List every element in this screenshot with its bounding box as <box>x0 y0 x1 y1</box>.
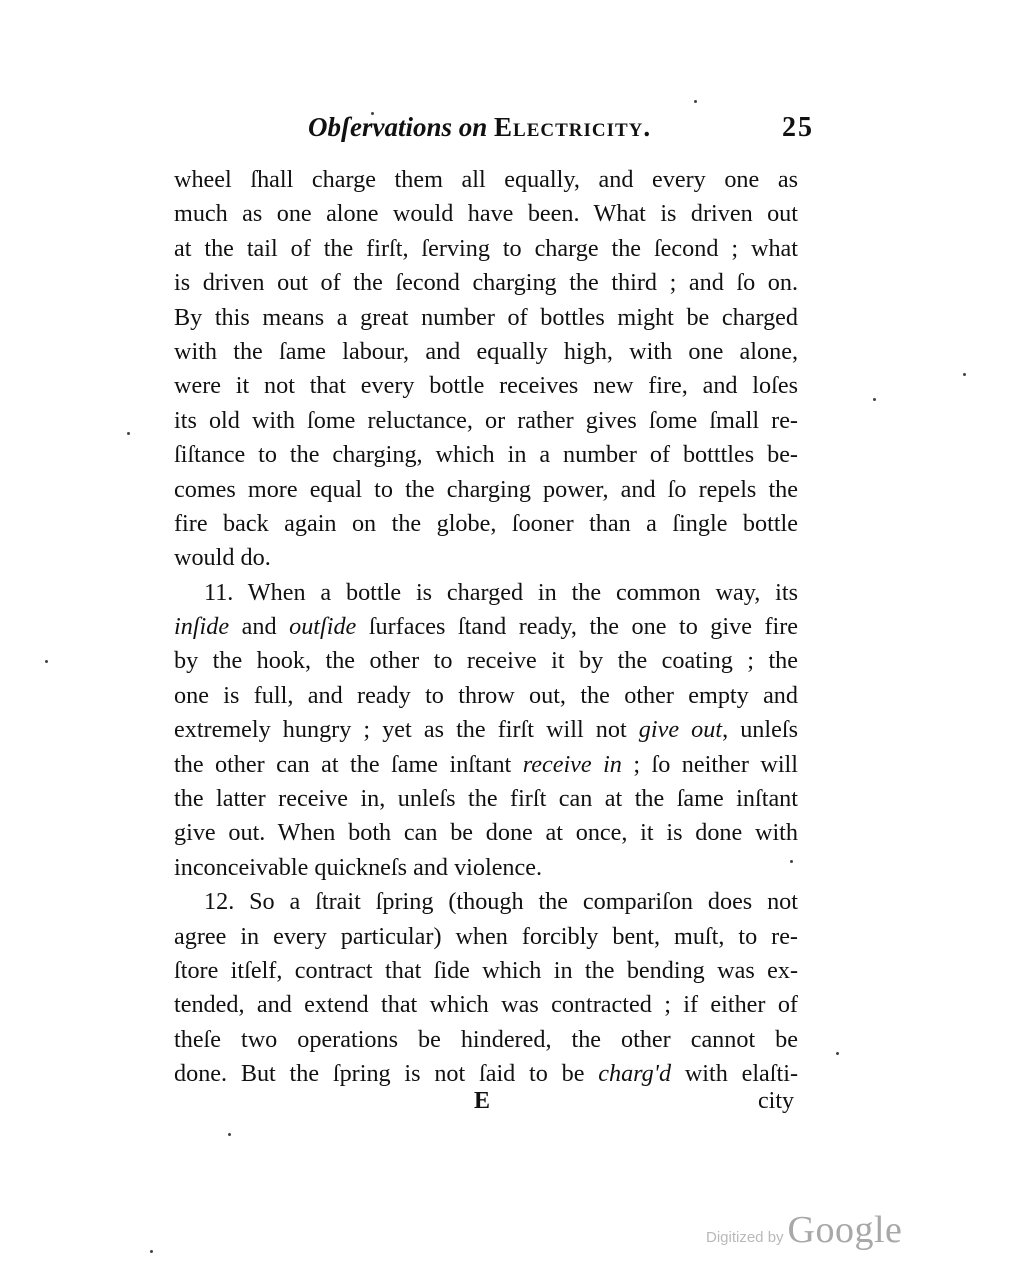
paragraph-11-line: by the hook, the other to receive it by … <box>174 644 798 678</box>
paragraph-12-line: ſtore itſelf, contract that ſide which i… <box>174 954 798 988</box>
paragraph-11-line: 11. When a bottle is charged in the comm… <box>174 576 798 610</box>
scan-speck <box>694 100 697 103</box>
scan-speck <box>963 373 966 376</box>
scan-speck <box>228 1133 231 1136</box>
scan-speck <box>150 1250 153 1253</box>
text-span: and <box>242 613 277 640</box>
paragraph-12-line: 12. So a ſtrait ſpring (though the compa… <box>174 885 798 919</box>
text-line: with the ſame labour, and equally high, … <box>174 335 798 369</box>
text-line: its old with ſome reluctance, or rather … <box>174 404 798 438</box>
digitized-watermark: Digitized by Google <box>706 1208 902 1258</box>
text-span: the other can at the ſame inſtant <box>174 751 511 778</box>
paragraph-11-line: inconceivable quickneſs and violence. <box>174 851 798 885</box>
paragraph-12-line: done. But the ſpring is not ſaid to be c… <box>174 1057 798 1091</box>
body-text: wheel ſhall charge them all equally, and… <box>174 163 798 1092</box>
scan-speck <box>127 432 130 435</box>
text-line: fire back again on the globe, ſooner tha… <box>174 507 798 541</box>
text-span: ſurfaces ſtand ready, the one to give fi… <box>369 613 798 640</box>
text-line: ſiſtance to the charging, which in a num… <box>174 438 798 472</box>
book-page: Obſervations on Electricity. 25 wheel ſh… <box>0 0 1014 1282</box>
paragraph-11-line: the other can at the ſame inſtant receiv… <box>174 748 798 782</box>
text-line: By this means a great number of bottles … <box>174 301 798 335</box>
running-head: Obſervations on Electricity. 25 <box>308 112 818 152</box>
running-title-caps: Electricity. <box>494 112 651 142</box>
text-span: When a bottle is charged in the common w… <box>248 579 798 606</box>
text-span: , unleſs <box>722 716 798 743</box>
scan-speck <box>873 398 876 401</box>
paragraph-number: 11. <box>204 579 233 606</box>
paragraph-11-line: one is full, and ready to throw out, the… <box>174 679 798 713</box>
italic-term: outſide <box>289 613 356 640</box>
scan-speck <box>371 112 374 115</box>
paragraph-11-line: give out. When both can be done at once,… <box>174 816 798 850</box>
text-span: extremely hungry ; yet as the firſt will… <box>174 716 627 743</box>
text-span: done. But the ſpring is not ſaid to be <box>174 1060 584 1087</box>
italic-term: inſide <box>174 613 229 640</box>
page-footer: E city <box>174 1088 798 1122</box>
paragraph-11-line: extremely hungry ; yet as the firſt will… <box>174 713 798 747</box>
text-line: is driven out of the ſecond charging the… <box>174 266 798 300</box>
paragraph-12-line: agree in every particular) when forcibly… <box>174 920 798 954</box>
paragraph-11-line: inſide and outſide ſurfaces ſtand ready,… <box>174 610 798 644</box>
paragraph-12-line: tended, and extend that which was contra… <box>174 988 798 1022</box>
catchword: city <box>758 1088 794 1115</box>
text-line: comes more equal to the charging power, … <box>174 473 798 507</box>
paragraph-11-line: the latter receive in, unleſs the firſt … <box>174 782 798 816</box>
paragraph-number: 12. <box>204 888 234 915</box>
italic-term: charg'd <box>598 1060 671 1087</box>
text-span: So a ſtrait ſpring (though the compariſo… <box>249 888 798 915</box>
scan-speck <box>836 1052 839 1055</box>
page-number: 25 <box>782 112 814 144</box>
watermark-prefix: Digitized by <box>706 1229 784 1246</box>
google-logo: Google <box>788 1208 903 1252</box>
text-span: ; ſo neither will <box>633 751 798 778</box>
text-line: wheel ſhall charge them all equally, and… <box>174 163 798 197</box>
italic-term: give out <box>639 716 722 743</box>
text-line: were it not that every bottle receives n… <box>174 369 798 403</box>
text-line: would do. <box>174 541 798 575</box>
text-line: much as one alone would have been. What … <box>174 197 798 231</box>
scan-speck <box>790 860 793 863</box>
text-line: at the tail of the firſt, ſerving to cha… <box>174 232 798 266</box>
text-span: with elaſti- <box>685 1060 798 1087</box>
scan-speck <box>45 660 48 663</box>
signature-mark: E <box>474 1088 490 1115</box>
paragraph-12-line: theſe two operations be hindered, the ot… <box>174 1023 798 1057</box>
italic-term: receive in <box>523 751 622 778</box>
running-title-italic: Obſervations on <box>308 112 487 142</box>
